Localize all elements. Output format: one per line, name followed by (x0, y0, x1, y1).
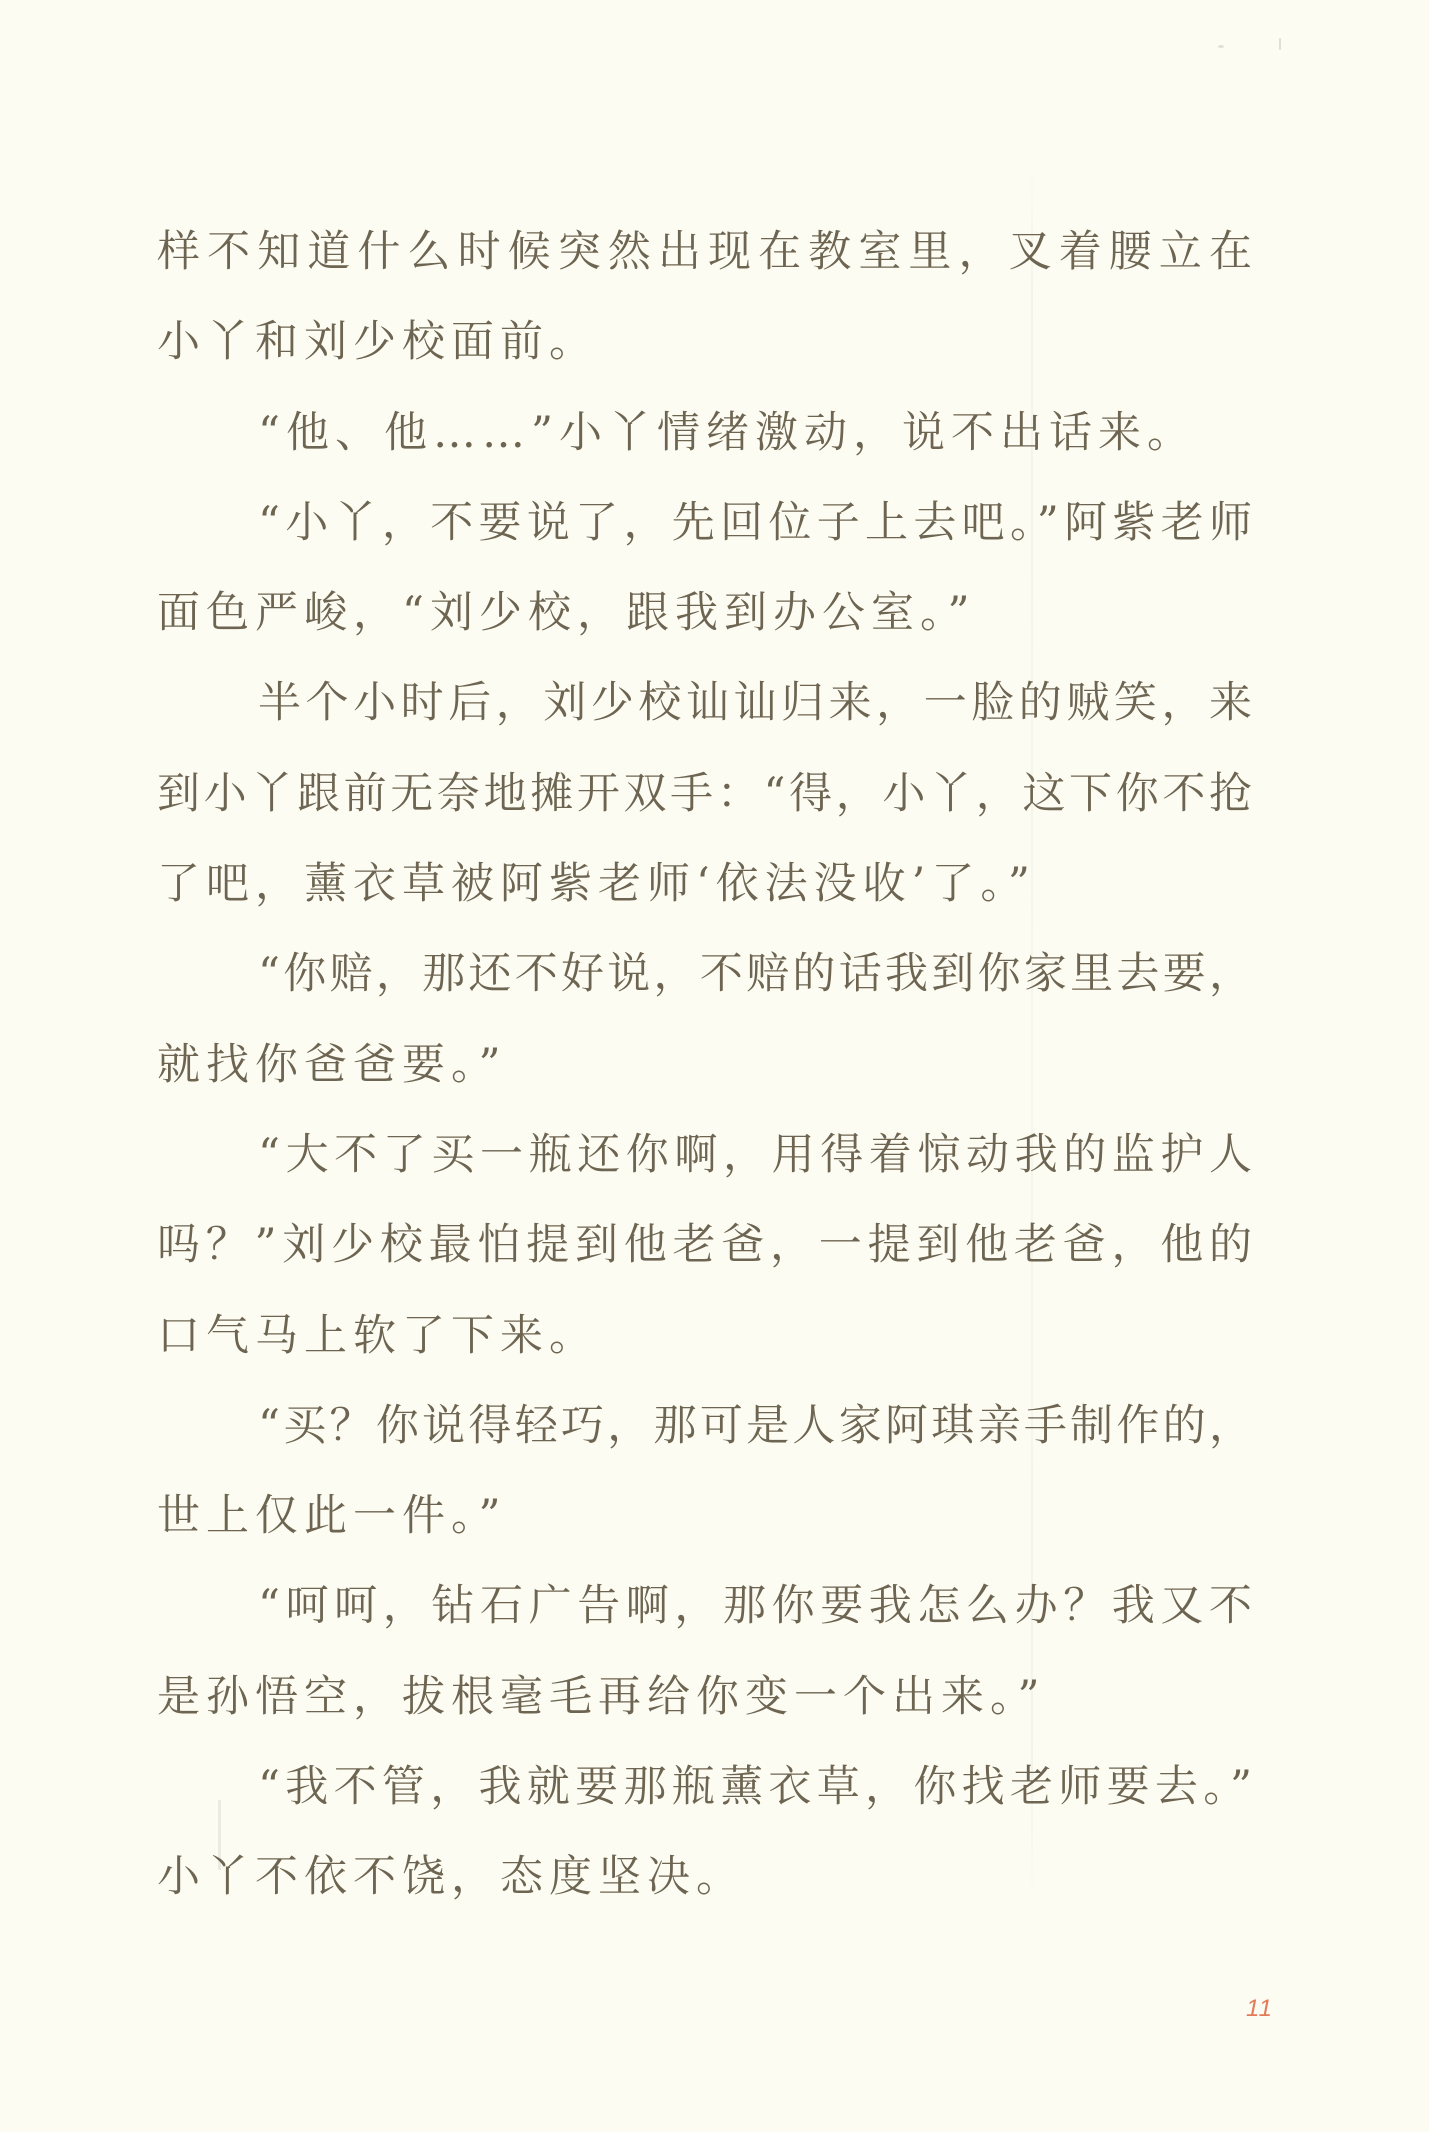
text-line: 世上仅此一件。” (157, 1471, 1252, 1561)
text-line: “你赔，那还不好说，不赔的话我到你家里去要， (157, 929, 1252, 1019)
text-line: 就找你爸爸要。” (157, 1020, 1252, 1110)
text-line: “他、他……”小丫情绪激动，说不出话来。 (157, 388, 1252, 478)
text-line: 小丫不依不饶，态度坚决。 (157, 1832, 1252, 1922)
text-line: 面色严峻，“刘少校，跟我到办公室。” (157, 568, 1252, 658)
text-line: 到小丫跟前无奈地摊开双手：“得，小丫，这下你不抢 (157, 749, 1252, 839)
scan-speck (1218, 45, 1224, 48)
text-line: 口气马上软了下来。 (157, 1291, 1252, 1381)
text-line: “呵呵，钻石广告啊，那你要我怎么办？我又不 (157, 1561, 1252, 1651)
page-number: 11 (1246, 1997, 1273, 2021)
text-line: 了吧，薰衣草被阿紫老师‘依法没收’了。” (157, 839, 1252, 929)
book-page: 样不知道什么时候突然出现在教室里，叉着腰立在 小丫和刘少校面前。 “他、他……”… (0, 0, 1429, 2132)
text-line: 半个小时后，刘少校讪讪归来，一脸的贼笑，来 (157, 658, 1252, 748)
scan-speck (1279, 38, 1281, 50)
text-line: 样不知道什么时候突然出现在教室里，叉着腰立在 (157, 207, 1252, 297)
text-line: “小丫，不要说了，先回位子上去吧。”阿紫老师 (157, 478, 1252, 568)
text-line: 小丫和刘少校面前。 (157, 297, 1252, 387)
text-line: 吗？”刘少校最怕提到他老爸，一提到他老爸，他的 (157, 1200, 1252, 1290)
text-line: “买？你说得轻巧，那可是人家阿琪亲手制作的， (157, 1381, 1252, 1471)
body-text: 样不知道什么时候突然出现在教室里，叉着腰立在 小丫和刘少校面前。 “他、他……”… (157, 207, 1252, 1923)
text-line: 是孙悟空，拔根毫毛再给你变一个出来。” (157, 1652, 1252, 1742)
text-line: “我不管，我就要那瓶薰衣草，你找老师要去。” (157, 1742, 1252, 1832)
text-line: “大不了买一瓶还你啊，用得着惊动我的监护人 (157, 1110, 1252, 1200)
